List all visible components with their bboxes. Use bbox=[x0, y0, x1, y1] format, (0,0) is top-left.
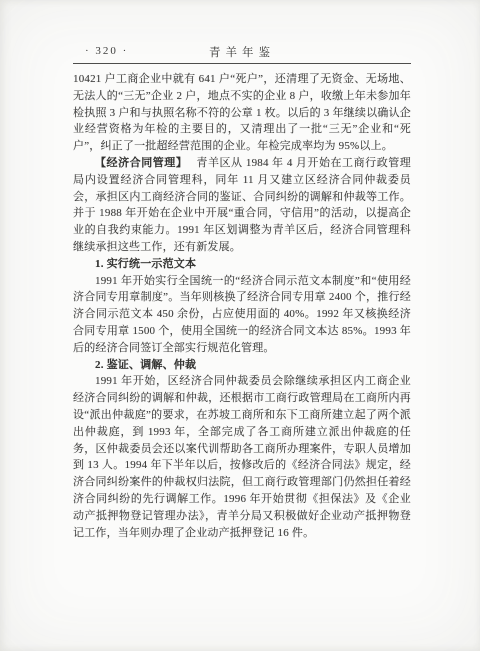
paragraph-continuation: 10421 户工商企业中就有 641 户“死户”，还清理了无资金、无场地、无法人… bbox=[73, 71, 411, 155]
entry-title: 【经济合同管理】 bbox=[95, 157, 196, 169]
book-title: 青羊年鉴 bbox=[73, 44, 411, 60]
page-content: · 320 · 青羊年鉴 10421 户工商企业中就有 641 户“死户”，还清… bbox=[73, 44, 411, 541]
subheading-unified-model-text: 1. 实行统一示范文本 bbox=[73, 256, 411, 273]
body-text: 10421 户工商企业中就有 641 户“死户”，还清理了无资金、无场地、无法人… bbox=[73, 71, 411, 541]
subheading-attestation-mediation-arbitration: 2. 鉴证、调解、仲裁 bbox=[73, 357, 411, 374]
entry-text: 青羊区从 1984 年 4 月开始在工商行政管理局内设置经济合同管理科，同年 1… bbox=[73, 157, 411, 253]
paragraph-entry: 【经济合同管理】青羊区从 1984 年 4 月开始在工商行政管理局内设置经济合同… bbox=[73, 155, 411, 256]
paragraph-unified-model-text: 1991 年开始实行全国统一的“经济合同示范文本制度”和“使用经济合同专用章制度… bbox=[73, 273, 411, 357]
running-header: · 320 · 青羊年鉴 bbox=[73, 44, 411, 60]
scanned-yearbook-page: · 320 · 青羊年鉴 10421 户工商企业中就有 641 户“死户”，还清… bbox=[0, 0, 480, 651]
paragraph-attestation-mediation-arbitration: 1991 年开始，区经济合同仲裁委员会除继续承担区内工商企业经济合同纠纷的调解和… bbox=[73, 373, 411, 541]
header-rule bbox=[73, 63, 411, 64]
